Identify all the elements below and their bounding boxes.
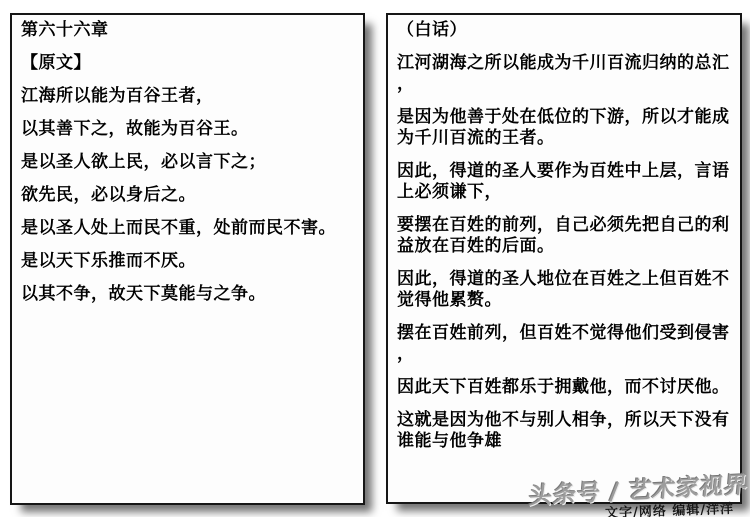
original-text-panel: 第六十六章 【原文】 江海所以能为百谷王者， 以其善下之，故能为百谷王。 是以圣…	[10, 13, 365, 505]
original-paragraph: 是以天下乐推而不厌。	[21, 251, 353, 272]
vernacular-paragraph: 江河湖海之所以能成为千川百流归纳的总汇，	[397, 53, 730, 95]
vernacular-paragraph: 要摆在百姓的前列，自己必须先把自己的利益放在百姓的后面。	[397, 215, 730, 257]
original-paragraph: 江海所以能为百谷王者，	[21, 86, 353, 107]
page: 第六十六章 【原文】 江海所以能为百谷王者， 以其善下之，故能为百谷王。 是以圣…	[0, 0, 750, 517]
vernacular-paragraph: 是因为他善于处在低位的下游，所以才能成为千川百流的王者。	[397, 107, 730, 149]
vernacular-paragraph: 因此，得道的圣人地位在百姓之上但百姓不觉得他累赘。	[397, 269, 730, 311]
original-paragraph: 以其善下之，故能为百谷王。	[21, 119, 353, 140]
chapter-title: 第六十六章	[21, 20, 353, 41]
original-paragraph: 是以圣人处上而民不重，处前而民不害。	[21, 218, 353, 239]
section-label: 【原文】	[21, 53, 353, 74]
vernacular-paragraph: 摆在百姓前列，但百姓不觉得他们受到侵害，	[397, 323, 730, 365]
original-paragraph: 欲先民，必以身后之。	[21, 185, 353, 206]
original-paragraph: 是以圣人欲上民，必以言下之；	[21, 152, 353, 173]
original-paragraph: 以其不争，故天下莫能与之争。	[21, 284, 353, 305]
watermark-credit: 文字/网络 编辑/洋洋	[605, 498, 735, 517]
vernacular-paragraph: 因此，得道的圣人要作为百姓中上层，言语上必须谦下，	[397, 161, 730, 203]
vernacular-title: （白话）	[397, 20, 730, 41]
vernacular-panel: （白话） 江河湖海之所以能成为千川百流归纳的总汇， 是因为他善于处在低位的下游，…	[386, 13, 742, 504]
vernacular-paragraph: 这就是因为他不与别人相争，所以天下没有谁能与他争雄	[397, 410, 730, 452]
vernacular-paragraph: 因此天下百姓都乐于拥戴他，而不讨厌他。	[397, 377, 730, 398]
